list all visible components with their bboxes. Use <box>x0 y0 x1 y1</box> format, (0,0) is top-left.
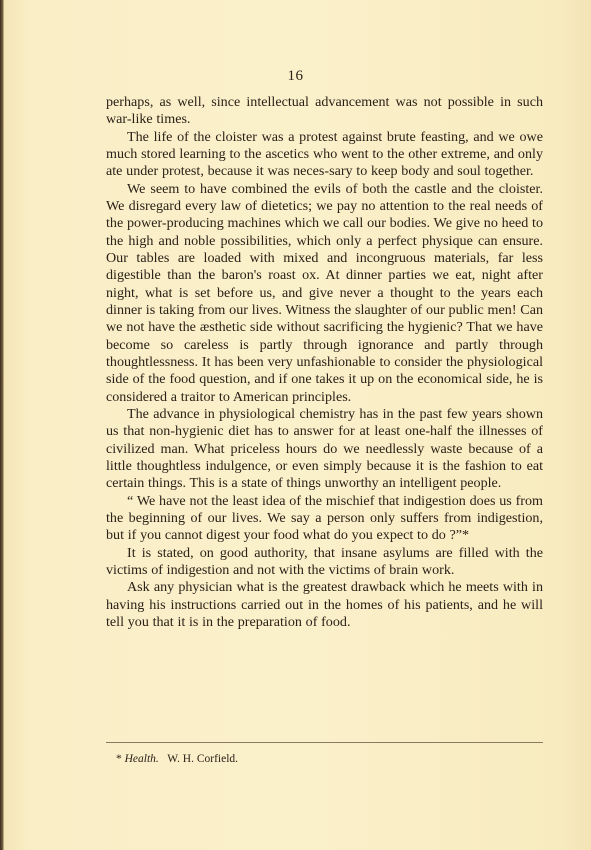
footnote-marker: * <box>116 753 122 765</box>
footnote-divider <box>106 742 543 743</box>
paragraph-5-quotation: “ We have not the least idea of the misc… <box>106 493 543 545</box>
page-number: 16 <box>0 68 591 85</box>
paragraph-1: perhaps, as well, since intellectual adv… <box>106 94 543 129</box>
book-page: 16 perhaps, as well, since intellectual … <box>0 0 591 850</box>
paragraph-6: It is stated, on good authority, that in… <box>106 545 543 580</box>
body-text: perhaps, as well, since intellectual adv… <box>106 94 543 631</box>
footnote: * Health. W. H. Corfield. <box>116 752 238 766</box>
paragraph-2: The life of the cloister was a protest a… <box>106 129 543 181</box>
paragraph-3: We seem to have combined the evils of bo… <box>106 181 543 406</box>
footnote-author: W. H. Corfield. <box>167 753 238 765</box>
footnote-title: Health. <box>125 753 159 765</box>
paragraph-4: The advance in physiological chemistry h… <box>106 406 543 493</box>
paragraph-7: Ask any physician what is the greatest d… <box>106 579 543 631</box>
page-spine-edge <box>0 0 4 850</box>
